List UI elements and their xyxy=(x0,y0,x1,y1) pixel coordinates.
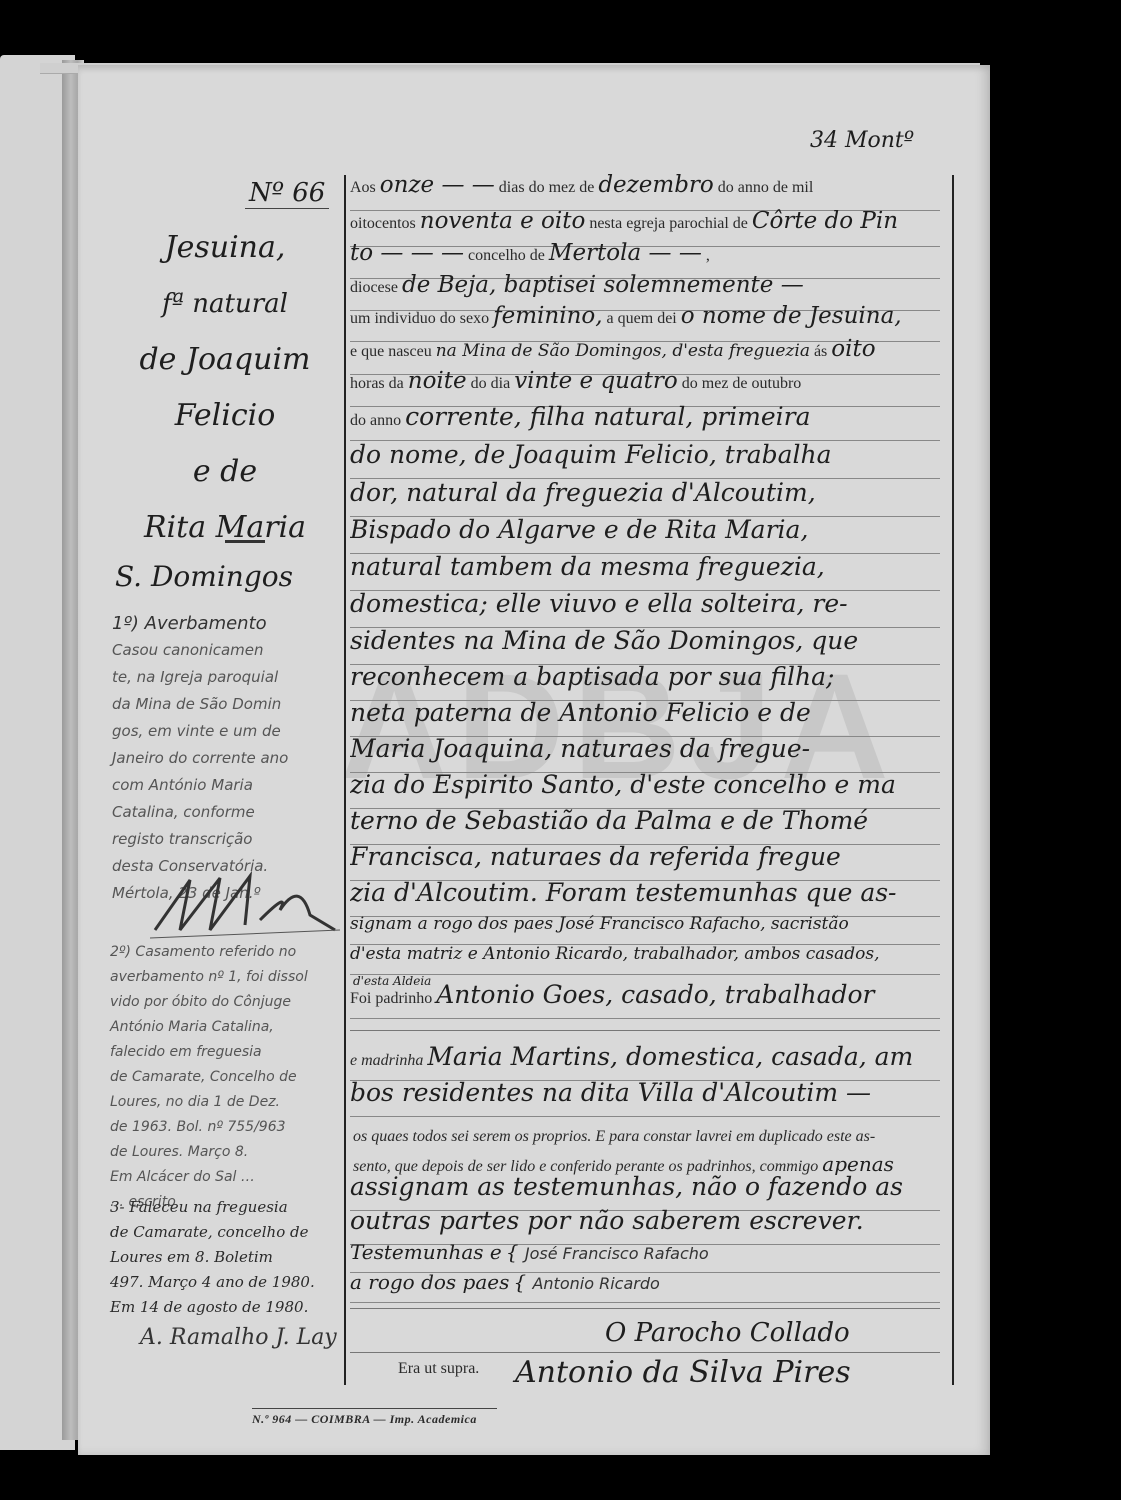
body-line: terno de Sebastião da Palma e de Thomé xyxy=(350,806,940,845)
printed-text: do dia xyxy=(471,375,511,392)
handwritten-text: na Mina de São Domingos, d'esta freguezi… xyxy=(436,341,810,361)
margin-parish: S. Domingos xyxy=(115,560,293,593)
handwritten-text: outras partes por não saberem escrever. xyxy=(350,1206,864,1235)
handwritten-text: dezembro xyxy=(598,172,713,198)
margin-name-line: Jesuina, xyxy=(110,220,340,276)
margin-name-line: fª natural xyxy=(110,276,340,332)
annotation-line: Em 14 de agosto de 1980. xyxy=(110,1295,360,1320)
handwritten-text: noventa e oito xyxy=(420,208,586,234)
printed-text: dias do mez de xyxy=(499,179,595,196)
annotation-line: averbamento nº 1, foi dissol xyxy=(110,965,350,990)
body-line: Maria Joaquina, naturaes da fregue- xyxy=(350,734,940,773)
body-line: Bispado do Algarve e de Rita Maria, xyxy=(350,515,940,554)
handwritten-text: Francisca, naturaes da referida fregue xyxy=(350,842,841,871)
witness-line: Testemunhas e { José Francisco Rafacho xyxy=(350,1240,940,1273)
handwritten-text: d'esta matriz e Antonio Ricardo, trabalh… xyxy=(350,944,880,964)
annotation-line: gos, em vinte e um de xyxy=(112,718,347,745)
handwritten-text: do nome, de Joaquim Felicio, trabalha xyxy=(350,440,832,469)
body-line: bos residentes na dita Villa d'Alcoutim … xyxy=(350,1078,940,1117)
body-line: natural tambem da mesma freguezia, xyxy=(350,552,940,591)
printed-text: Foi padrinho xyxy=(350,990,432,1007)
printed-text: concelho de xyxy=(468,247,545,264)
annotation-line: Casou canonicamen xyxy=(112,637,347,664)
annotation-3: 3- Faleceu na freguesia de Camarate, con… xyxy=(110,1195,360,1320)
annotation-1-heading: 1º) Averbamento xyxy=(112,610,347,637)
annotation-line: de 1963. Bol. nº 755/963 xyxy=(110,1115,350,1140)
printed-text: ás xyxy=(814,343,827,360)
annotation-line: 3- Faleceu na freguesia xyxy=(110,1195,360,1220)
body-line: zia d'Alcoutim. Foram testemunhas que as… xyxy=(350,878,940,917)
handwritten-text: feminino, xyxy=(493,303,602,329)
printed-text: , xyxy=(706,247,710,264)
annotation-2: 2º) Casamento referido no averbamento nº… xyxy=(110,940,350,1215)
handwritten-text: Mertola — — xyxy=(549,240,702,266)
printed-text: e que nasceu xyxy=(350,343,432,360)
era-ut-supra: Era ut supra. xyxy=(398,1360,479,1378)
witness-line: a rogo dos paes { Antonio Ricardo xyxy=(350,1270,940,1303)
body-line: domestica; elle viuvo e ella solteira, r… xyxy=(350,589,940,628)
body-line: sidentes na Mina de São Domingos, que xyxy=(350,626,940,665)
body-line: reconhecem a baptisada por sua filha; xyxy=(350,662,940,701)
body-line: Foi padrinho Antonio Goes, casado, traba… xyxy=(350,980,940,1019)
printed-text: do anno de mil xyxy=(718,179,814,196)
entry-number-value: 66 xyxy=(292,178,325,208)
handwritten-text: Maria Joaquina, naturaes da fregue- xyxy=(350,734,810,763)
annotation-line: Em Alcácer do Sal … xyxy=(110,1165,350,1190)
annotation-line: falecido em freguesia xyxy=(110,1040,350,1065)
handwritten-text: reconhecem a baptisada por sua filha; xyxy=(350,662,834,691)
witness-signature: Antonio Ricardo xyxy=(532,1274,659,1293)
body-line: Francisca, naturaes da referida fregue xyxy=(350,842,940,881)
handwritten-text: dor, natural da freguezia d'Alcoutim, xyxy=(350,478,816,507)
annotation-line: 497. Março 4 ano de 1980. xyxy=(110,1270,360,1295)
annotation-line: de Camarate, concelho de xyxy=(110,1220,360,1245)
priest-signature: Antonio da Silva Pires xyxy=(515,1355,851,1390)
handwritten-text: terno de Sebastião da Palma e de Thomé xyxy=(350,806,868,835)
body-line: do anno corrente, filha natural, primeir… xyxy=(350,402,940,441)
printed-text: do anno xyxy=(350,412,401,429)
separator-line xyxy=(350,1352,940,1353)
annotation-line: Loures em 8. Boletim xyxy=(110,1245,360,1270)
handwritten-text: corrente, filha natural, primeira xyxy=(405,402,810,431)
body-line: neta paterna de Antonio Felicio e de xyxy=(350,698,940,737)
annotation-line: da Mina de São Domin xyxy=(112,691,347,718)
printed-text: a quem dei xyxy=(607,310,677,327)
witness-signature: José Francisco Rafacho xyxy=(525,1244,709,1263)
annotation-line: Loures, no dia 1 de Dez. xyxy=(110,1090,350,1115)
margin-name-line: Felicio xyxy=(110,388,340,444)
body-line: signam a rogo dos paes José Francisco Ra… xyxy=(350,914,940,945)
annotation-line: Janeiro do corrente ano xyxy=(112,745,347,772)
handwritten-text: sidentes na Mina de São Domingos, que xyxy=(350,626,858,655)
separator-line xyxy=(350,1030,940,1031)
conservator-signature-scribble xyxy=(150,870,340,940)
handwritten-text: Bispado do Algarve e de Rita Maria, xyxy=(350,515,808,544)
handwritten-text: assignam as testemunhas, não o fazendo a… xyxy=(350,1172,903,1201)
body-line: d'esta matriz e Antonio Ricardo, trabalh… xyxy=(350,944,940,975)
annotation-line: Catalina, conforme xyxy=(112,799,347,826)
closing-printed-line: os quaes todos sei serem os proprios. E … xyxy=(353,1128,875,1146)
handwritten-text: zia d'Alcoutim. Foram testemunhas que as… xyxy=(350,878,897,907)
witness-label: Testemunhas e xyxy=(350,1240,502,1264)
printed-text: do mez de outubro xyxy=(682,375,802,392)
corner-note: 34 Montº xyxy=(810,128,914,153)
handwritten-text: de Beja, baptisei solemnemente — xyxy=(402,272,804,298)
printed-text: e madrinha xyxy=(350,1052,423,1069)
handwritten-text: Maria Martins, domestica, casada, am xyxy=(427,1042,913,1071)
body-line: e madrinha Maria Martins, domestica, cas… xyxy=(350,1042,940,1081)
footer-rule xyxy=(252,1408,497,1409)
footer-imprint: N.º 964 — COIMBRA — Imp. Academica xyxy=(252,1412,477,1427)
entry-number-prefix: Nº xyxy=(249,178,284,208)
handwritten-text: natural tambem da mesma freguezia, xyxy=(350,552,825,581)
printed-text: horas da xyxy=(350,375,404,392)
handwritten-text: o nome de Jesuina, xyxy=(681,303,902,329)
handwritten-text: zia do Espirito Santo, d'este concelho e… xyxy=(350,770,896,799)
annotation-line: te, na Igreja paroquial xyxy=(112,664,347,691)
handwritten-text: noite xyxy=(408,368,467,394)
margin-name-line: e de xyxy=(110,444,340,500)
body-line: dor, natural da freguezia d'Alcoutim, xyxy=(350,478,940,517)
body-line: Aos onze — — dias do mez de dezembro do … xyxy=(350,172,940,211)
entry-number: Nº 66 xyxy=(245,178,329,209)
handwritten-text: Antonio Goes, casado, trabalhador xyxy=(436,980,874,1009)
handwritten-text: onze — — xyxy=(380,172,495,198)
margin-name-block: Jesuina, fª natural de Joaquim Felicio e… xyxy=(110,220,340,556)
printed-text: Aos xyxy=(350,179,376,196)
handwritten-text: Côrte do Pin xyxy=(752,208,898,234)
handwritten-text: domestica; elle viuvo e ella solteira, r… xyxy=(350,589,848,618)
handwritten-text: bos residentes na dita Villa d'Alcoutim … xyxy=(350,1078,871,1107)
printed-text: um individuo do sexo xyxy=(350,310,489,327)
body-line: zia do Espirito Santo, d'este concelho e… xyxy=(350,770,940,809)
annotation-2-heading: 2º) Casamento referido no xyxy=(110,940,350,965)
separator-line xyxy=(350,1308,940,1309)
witness-label: a rogo dos paes xyxy=(350,1270,509,1294)
margin-name-line: de Joaquim xyxy=(110,332,340,388)
annotation-line: registo transcrição xyxy=(112,826,347,853)
handwritten-text: oito xyxy=(831,336,875,362)
parocho-title: O Parocho Collado xyxy=(605,1318,850,1348)
margin-dash xyxy=(225,540,265,543)
annotation-line: com António Maria xyxy=(112,772,347,799)
annotation-1: 1º) Averbamento Casou canonicamen te, na… xyxy=(112,610,347,907)
handwritten-text: signam a rogo dos paes José Francisco Ra… xyxy=(350,914,849,934)
margin-name-line: Rita Maria xyxy=(110,500,340,556)
annotation-line: de Loures. Março 8. xyxy=(110,1140,350,1165)
handwritten-text: to — — — xyxy=(350,240,464,266)
annotation-line: de Camarate, Concelho de xyxy=(110,1065,350,1090)
handwritten-text: neta paterna de Antonio Felicio e de xyxy=(350,698,811,727)
handwritten-text: vinte e quatro xyxy=(514,368,678,394)
annotation-3-signature: A. Ramalho J. Lay xyxy=(140,1325,337,1350)
printed-text: diocese xyxy=(350,279,398,296)
body-line: do nome, de Joaquim Felicio, trabalha xyxy=(350,440,940,479)
printed-text: nesta egreja parochial de xyxy=(589,215,748,232)
annotation-line: António Maria Catalina, xyxy=(110,1015,350,1040)
annotation-line: vido por óbito do Cônjuge xyxy=(110,990,350,1015)
printed-text: oitocentos xyxy=(350,215,416,232)
